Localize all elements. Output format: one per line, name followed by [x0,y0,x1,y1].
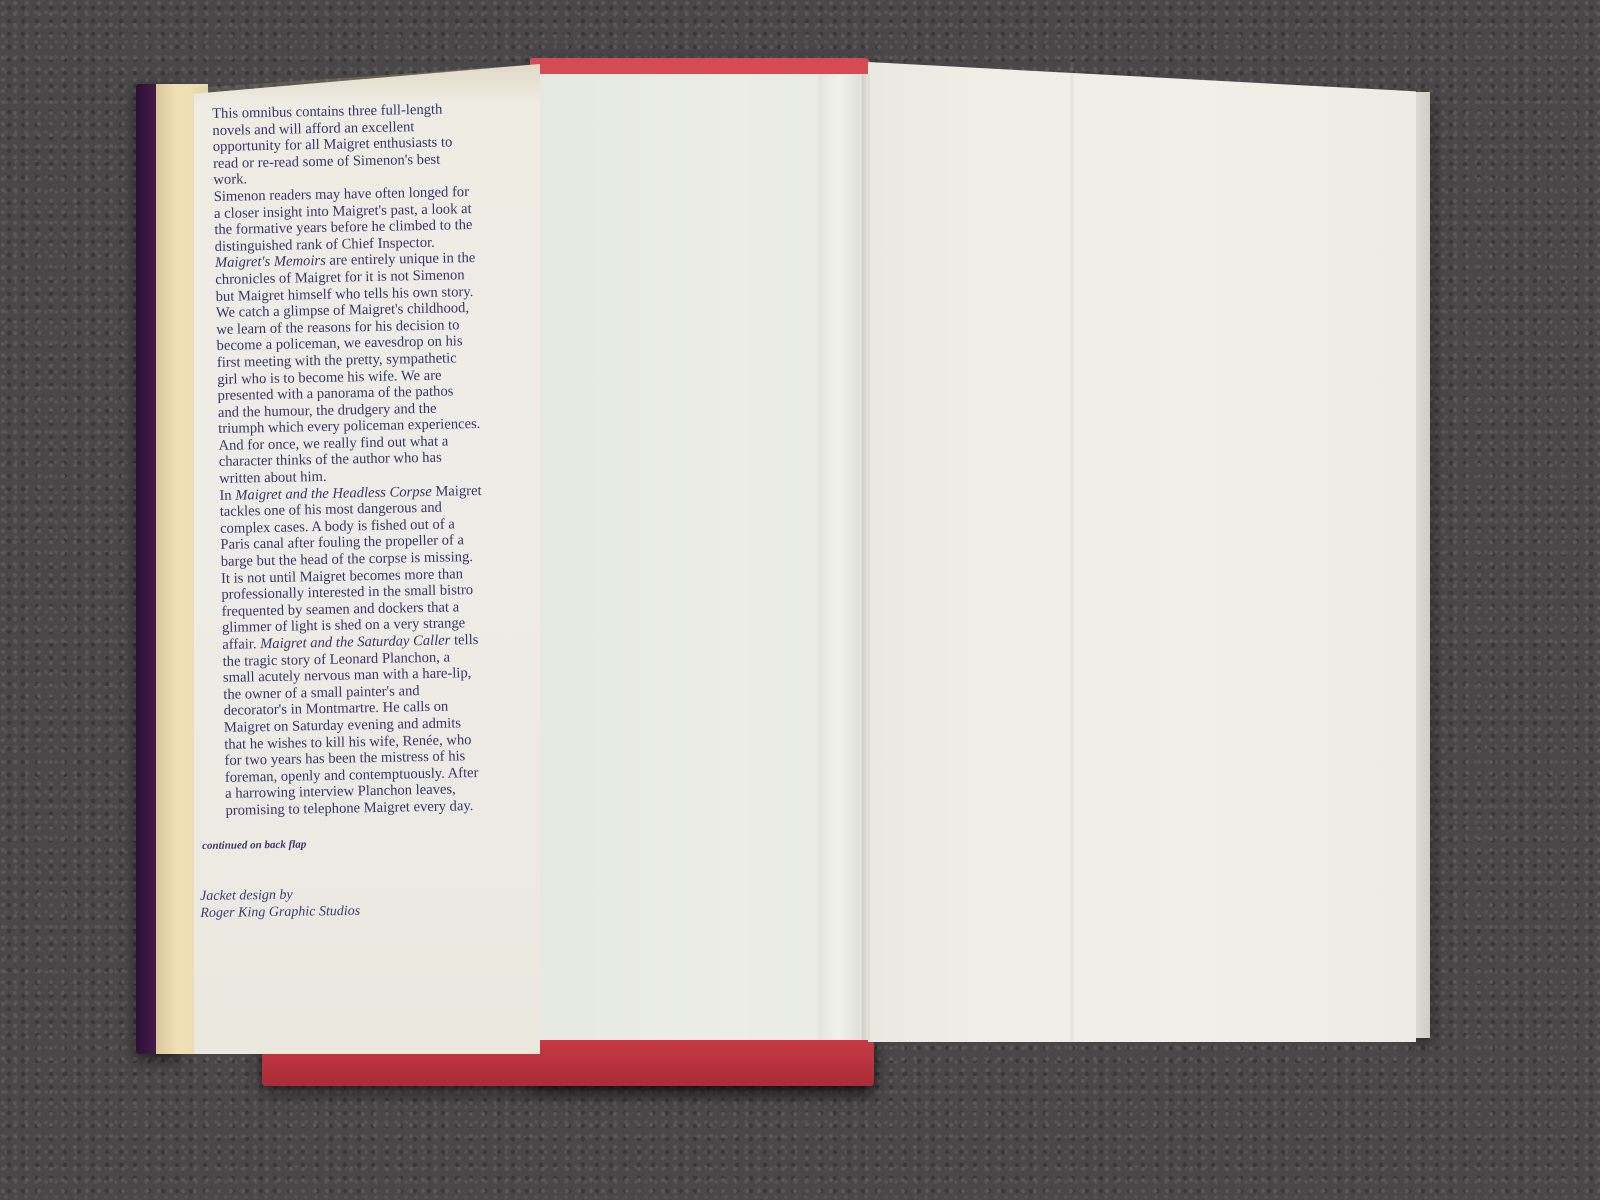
page-block-edge [1414,92,1430,1038]
blurb-paragraph-intro: This omnibus contains three full-length … [212,100,532,189]
right-page-fold-line [1070,62,1074,1042]
jacket-design-credit: Jacket design by Roger King Graphic Stud… [200,886,360,922]
flap-blurb: This omnibus contains three full-length … [212,100,544,820]
right-endpaper-page [868,62,1416,1042]
flap-top-stain [194,64,540,104]
book-gutter [862,74,868,1040]
blurb-paragraph-past: Simenon readers may have often longed fo… [214,183,533,255]
blurb-paragraph-headless-corpse: In Maigret and the Headless Corpse Maigr… [219,481,543,819]
blurb-paragraph-memoirs: Maigret's Memoirs are entirely unique in… [215,249,537,487]
title-maigrets-memoirs: Maigret's Memoirs [215,253,326,271]
continued-on-back-flap-note: continued on back flap [202,839,306,852]
